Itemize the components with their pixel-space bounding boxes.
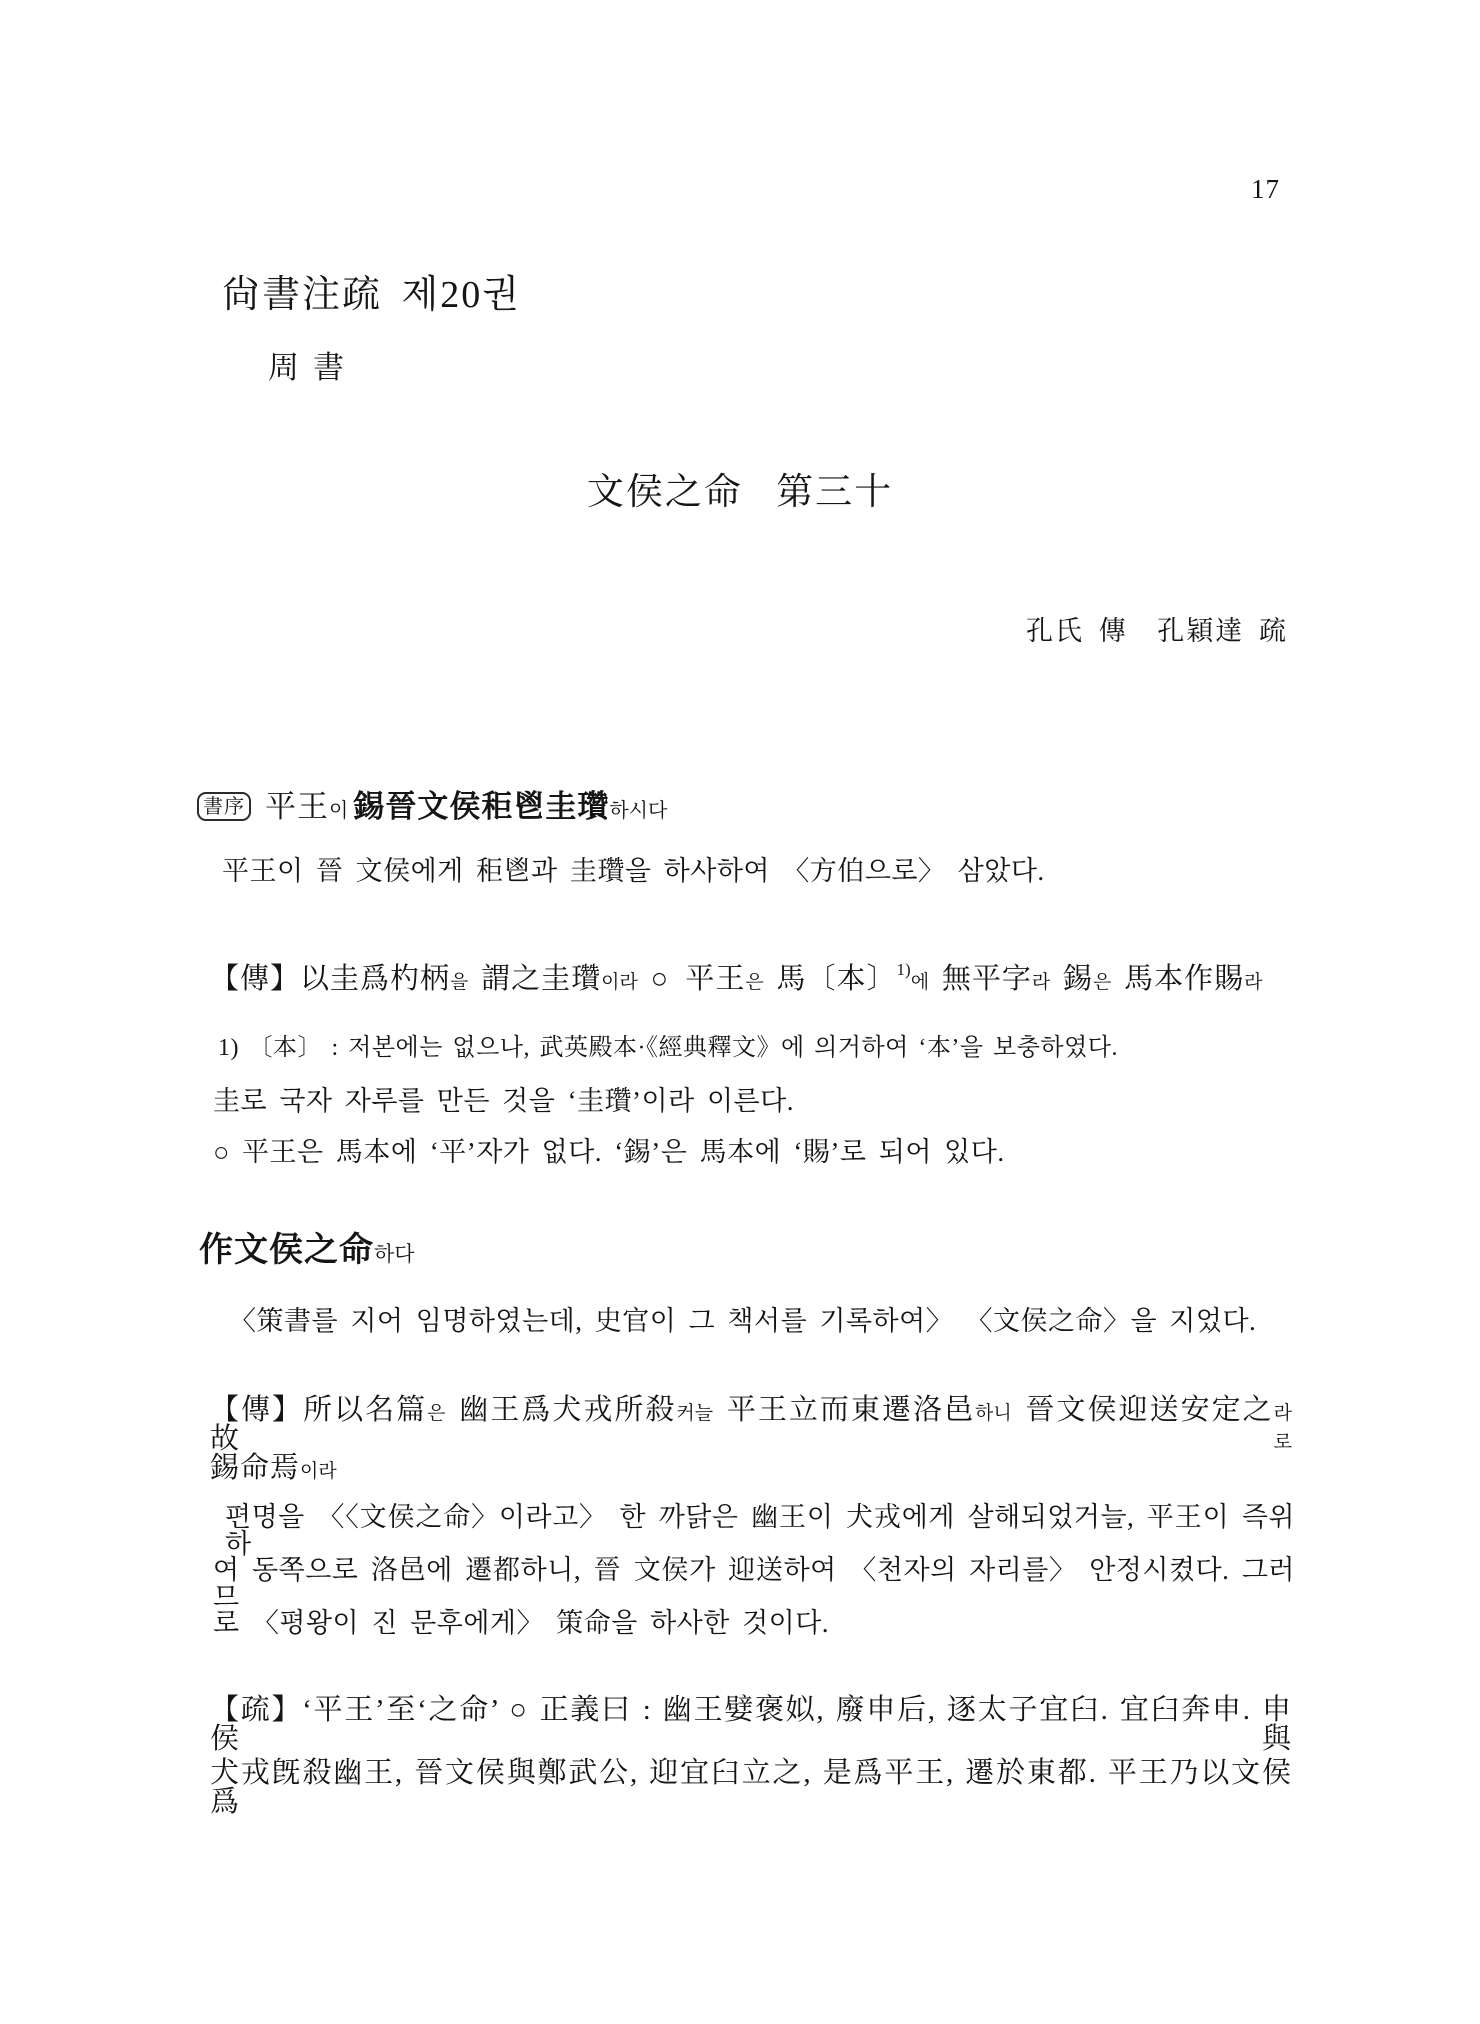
jeon2-particle-6: 이라 (300, 1461, 337, 1482)
jeon2-hanja-5: 故 (210, 1423, 1274, 1455)
jeon1-particle-5: 라 (1032, 972, 1063, 993)
so-original-line-2: 犬戎旣殺幽王, 晉文侯與鄭武公, 迎宜臼立之, 是爲平王, 遷於東都. 平王乃以… (210, 1759, 1292, 1817)
jeon1-hanja-7: 馬本作賜 (1124, 963, 1244, 995)
jeon2-translation-line-3: 로 〈평왕이 진 문후에게〉 策命을 하사한 것이다. (213, 1610, 829, 1637)
jeon2-particle-4: 라 (1274, 1403, 1292, 1424)
jeon2-particle-3: 하니 (975, 1403, 1025, 1424)
jak-heading-hanja: 作文侯之命 (199, 1232, 374, 1269)
seoseo-particle-2: 하시다 (609, 800, 667, 822)
jeon2-tag: 【傳】 (210, 1394, 303, 1426)
attribution-line: 孔氏 傳 孔穎達 疏 (1026, 618, 1288, 645)
jeon1-tag: 【傳】 (210, 963, 300, 995)
jeon1-hanja-5: 無平字 (942, 963, 1032, 995)
book-title: 尙書注疏 제20권 (222, 276, 521, 314)
part-title: 周書 (268, 352, 358, 383)
jeon1-hanja-2: 謂之圭瓚 (481, 963, 601, 995)
jeon2-original-line-2: 錫命焉이라 (210, 1454, 337, 1483)
jak-heading-line: 作文侯之命하다 (199, 1234, 415, 1268)
footnote-ref-1: 1) (897, 960, 911, 979)
page-number: 17 (1200, 176, 1280, 203)
jak-translation: 〈策書를 지어 임명하였는데, 史官이 그 책서를 기록하여〉 〈文侯之命〉을 … (229, 1308, 1256, 1335)
seoseo-tag-badge: 書序 (197, 792, 251, 821)
seoseo-translation: 平王이 晉 文侯에게 秬鬯과 圭瓚을 하사하여 〈方伯으로〉 삼았다. (222, 858, 1045, 885)
footnote-1: 1) 〔本〕 : 저본에는 없으나, 武英殿本·《經典釋文》에 의거하여 ‘本’… (218, 1036, 1118, 1060)
chapter-title: 文侯之命 第三十 (0, 474, 1480, 511)
jak-heading-particle: 하다 (374, 1242, 415, 1266)
jeon1-original-line: 【傳】以圭爲杓柄을 謂之圭瓚이라 ○ 平王은 馬〔本〕1)에 無平字라 錫은 馬… (210, 961, 1310, 994)
jeon2-hanja-4: 晉文侯迎送安定之 (1026, 1394, 1274, 1426)
jeon1-particle-4: 에 (911, 972, 942, 993)
jeon1-particle-3: 은 (745, 972, 776, 993)
jeon1-particle-6: 은 (1093, 972, 1124, 993)
seoseo-original-line: 書序平王이 錫晉文侯秬鬯圭瓚하시다 (197, 791, 1317, 822)
jeon2-hanja-6: 錫命焉 (210, 1452, 300, 1484)
jeon2-original-line-1: 【傳】所以名篇은 幽王爲犬戎所殺커늘 平王立而東遷洛邑하니 晉文侯迎送安定之라 … (210, 1396, 1292, 1454)
jeon2-translation-line-1: 편명을 〈〈文侯之命〉이라고〉 한 까닭은 幽王이 犬戎에게 살해되었거늘, 平… (213, 1504, 1295, 1558)
jeon1-particle-2: 이라 (601, 972, 650, 993)
jeon2-translation-line-2: 여 동쪽으로 洛邑에 遷都하니, 晉 文侯가 迎送하여 〈천자의 자리를〉 안정… (213, 1557, 1295, 1611)
seoseo-hanja-1: 平王 (265, 789, 329, 824)
jeon2-hanja-2: 幽王爲犬戎所殺 (459, 1394, 676, 1426)
jeon1-hanja-6: 錫 (1063, 963, 1093, 995)
jeon1-hanja-3: ○ 平王 (651, 963, 746, 995)
jeon2-hanja-3: 平王立而東遷洛邑 (727, 1394, 975, 1426)
seoseo-particle-1: 이 (329, 800, 353, 822)
jeon2-particle-1: 은 (427, 1403, 459, 1424)
jeon1-hanja-4: 馬〔本〕 (777, 963, 897, 995)
jeon2-hanja-1: 所以名篇 (303, 1394, 427, 1426)
jeon1-particle-7: 라 (1244, 972, 1262, 993)
jeon1-translation-1: 圭로 국자 자루를 만든 것을 ‘圭瓚’이라 이른다. (213, 1088, 794, 1115)
jeon1-hanja-1: 以圭爲杓柄 (300, 963, 450, 995)
jeon1-translation-2: ○ 平王은 馬本에 ‘平’자가 없다. ‘錫’은 馬本에 ‘賜’로 되어 있다. (213, 1139, 1005, 1166)
so-original-line-1: 【疏】‘平王’至‘之命’ ○ 正義曰 : 幽王嬖褒姒, 廢申后, 逐太子宜臼. … (210, 1696, 1292, 1754)
jeon2-particle-2: 커늘 (676, 1403, 726, 1424)
document-page: 17 尙書注疏 제20권 周書 文侯之命 第三十 孔氏 傳 孔穎達 疏 書序平王… (0, 0, 1480, 2024)
jeon1-particle-1: 을 (450, 972, 481, 993)
seoseo-hanja-2: 錫晉文侯秬鬯圭瓚 (353, 789, 609, 824)
jeon2-particle-5: 로 (1274, 1432, 1292, 1453)
